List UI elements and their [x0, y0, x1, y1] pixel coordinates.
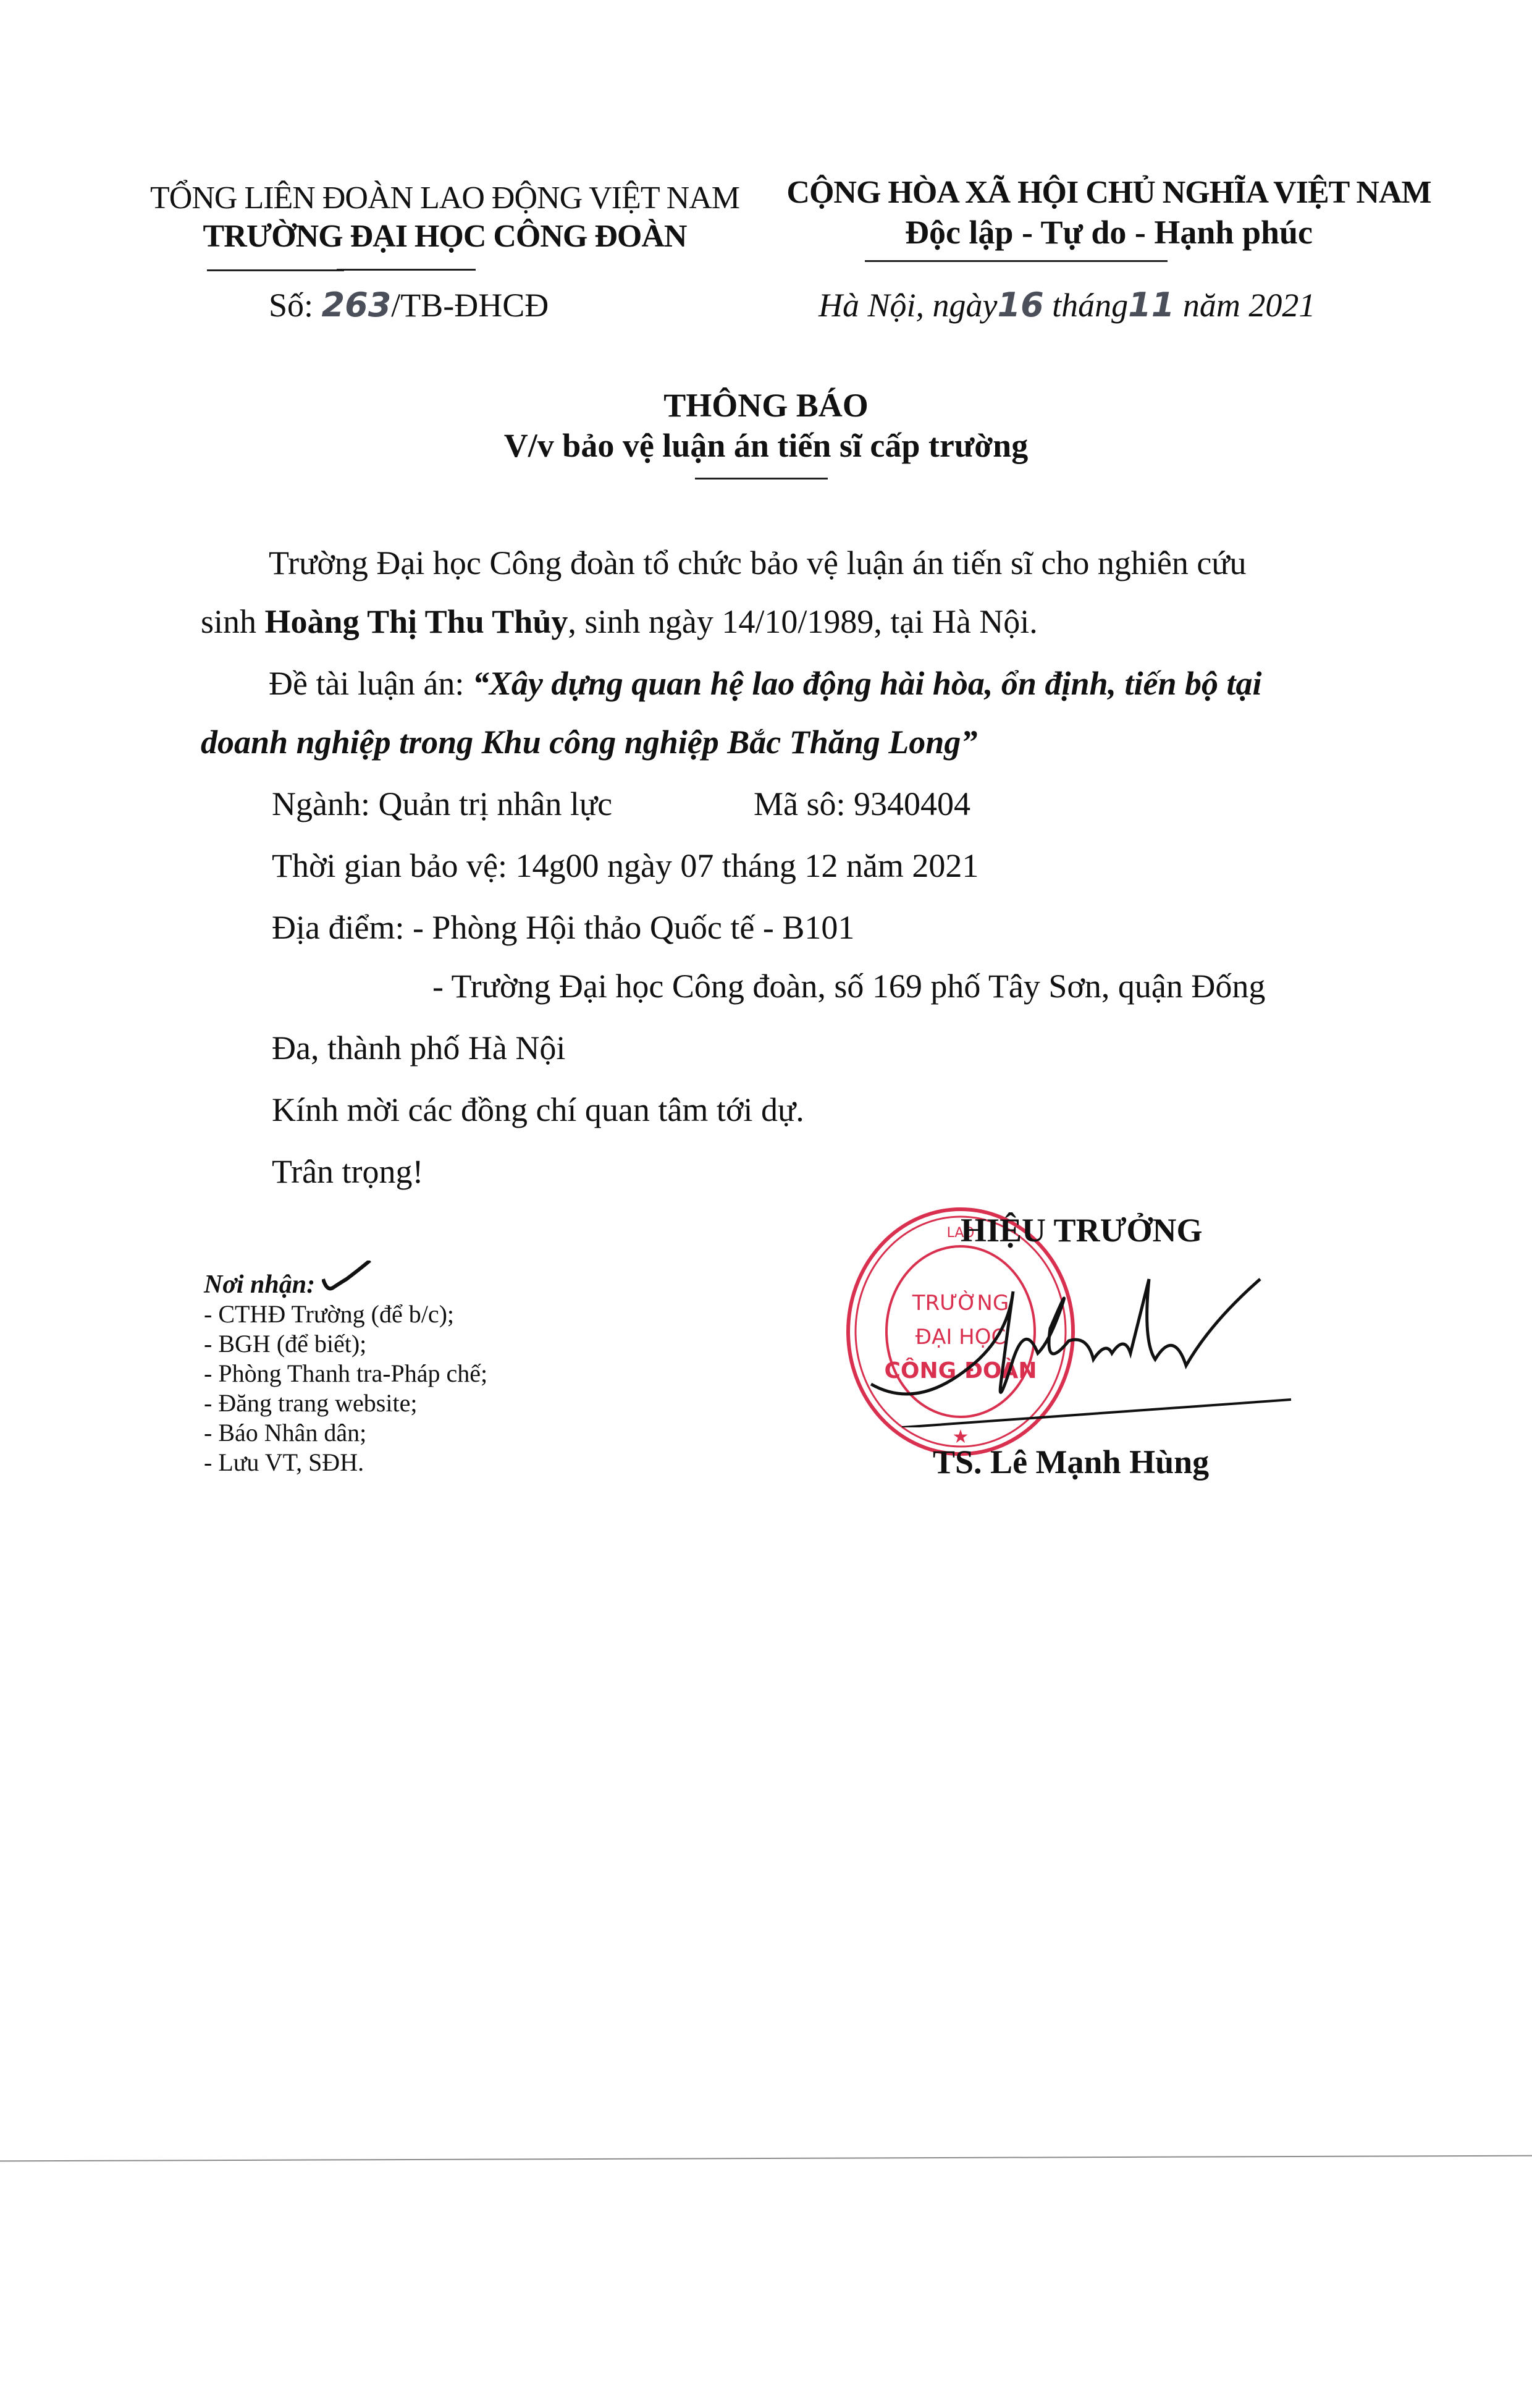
topic-line-1: Đề tài luận án: “Xây dựng quan hệ lao độ…	[269, 664, 1262, 703]
issuing-organization: TỔNG LIÊN ĐOÀN LAO ĐỘNG VIỆT NAM TRƯỜNG …	[142, 179, 747, 256]
recipients-block: Nơi nhận: - CTHĐ Trường (để b/c); - BGH …	[204, 1261, 487, 1477]
date-month-label: tháng	[1052, 287, 1128, 324]
recipient-item: - Lưu VT, SĐH.	[204, 1448, 487, 1477]
location-line-3: Đa, thành phố Hà Nội	[272, 1029, 565, 1067]
recipients-heading: Nơi nhận:	[204, 1261, 487, 1299]
topic-title-part1: “Xây dựng quan hệ lao động hài hòa, ổn đ…	[473, 665, 1262, 702]
closing: Trân trọng!	[272, 1152, 424, 1191]
header-left-rule	[337, 269, 476, 271]
doc-number-label: Số:	[269, 287, 313, 324]
major-code: Mã sô: 9340404	[754, 785, 970, 823]
initial-mark-icon	[322, 1261, 371, 1298]
document-title: THÔNG BÁO	[0, 386, 1532, 425]
defense-time: Thời gian bảo vệ: 14g00 ngày 07 tháng 12…	[272, 847, 979, 885]
recipient-item: - Phòng Thanh tra-Pháp chế;	[204, 1359, 487, 1388]
intro-prefix: sinh	[201, 603, 265, 640]
issue-date: Hà Nội, ngày16 tháng11 năm 2021	[819, 285, 1315, 324]
parent-org: TỔNG LIÊN ĐOÀN LAO ĐỘNG VIỆT NAM	[142, 179, 747, 218]
recipient-item: - Đăng trang website;	[204, 1388, 487, 1418]
recipients-heading-text: Nơi nhận:	[204, 1270, 315, 1299]
location-line-1: Địa điểm: - Phòng Hội thảo Quốc tế - B10…	[272, 908, 854, 947]
document-number: Số: 263/TB-ĐHCĐ	[269, 285, 549, 324]
date-month-handwritten: 11	[1128, 285, 1174, 324]
topic-label: Đề tài luận án:	[269, 665, 473, 702]
subject-underline	[695, 478, 828, 479]
doc-number-suffix: /TB-ĐHCĐ	[391, 287, 549, 324]
intro-suffix: , sinh ngày 14/10/1989, tại Hà Nội.	[568, 603, 1037, 640]
intro-line-1: Trường Đại học Công đoàn tổ chức bảo vệ …	[269, 544, 1247, 582]
page-edge-line	[0, 2155, 1532, 2162]
country-name: CỘNG HÒA XÃ HỘI CHỦ NGHĨA VIỆT NAM	[763, 173, 1455, 213]
date-day-handwritten: 16	[998, 285, 1044, 324]
topic-line-2: doanh nghiệp trong Khu công nghiệp Bắc T…	[201, 723, 977, 761]
doc-number-handwritten: 263	[322, 285, 392, 324]
handwritten-signature-icon	[865, 1267, 1297, 1427]
national-motto: Độc lập - Tự do - Hạnh phúc	[763, 213, 1455, 252]
date-place: Hà Nội, ngày	[819, 287, 998, 324]
intro-line-2: sinh Hoàng Thị Thu Thủy, sinh ngày 14/10…	[201, 602, 1038, 641]
location-line-2: - Trường Đại học Công đoàn, số 169 phố T…	[432, 967, 1265, 1005]
national-header: CỘNG HÒA XÃ HỘI CHỦ NGHĨA VIỆT NAM Độc l…	[763, 173, 1455, 252]
document-subject: V/v bảo vệ luận án tiến sĩ cấp trường	[0, 426, 1532, 465]
org-underline	[207, 269, 344, 271]
motto-underline	[865, 260, 1168, 262]
recipient-item: - CTHĐ Trường (để b/c);	[204, 1299, 487, 1329]
date-year: năm 2021	[1183, 287, 1316, 324]
recipient-item: - BGH (để biết);	[204, 1329, 487, 1359]
candidate-name: Hoàng Thị Thu Thủy	[265, 603, 568, 640]
major: Ngành: Quản trị nhân lực	[272, 785, 612, 823]
recipient-item: - Báo Nhân dân;	[204, 1418, 487, 1448]
invitation: Kính mời các đồng chí quan tâm tới dự.	[272, 1091, 804, 1129]
signer-name: TS. Lê Mạnh Hùng	[933, 1443, 1209, 1481]
signer-position: HIỆU TRƯỞNG	[961, 1211, 1203, 1249]
org-name: TRƯỜNG ĐẠI HỌC CÔNG ĐOÀN	[142, 218, 747, 256]
